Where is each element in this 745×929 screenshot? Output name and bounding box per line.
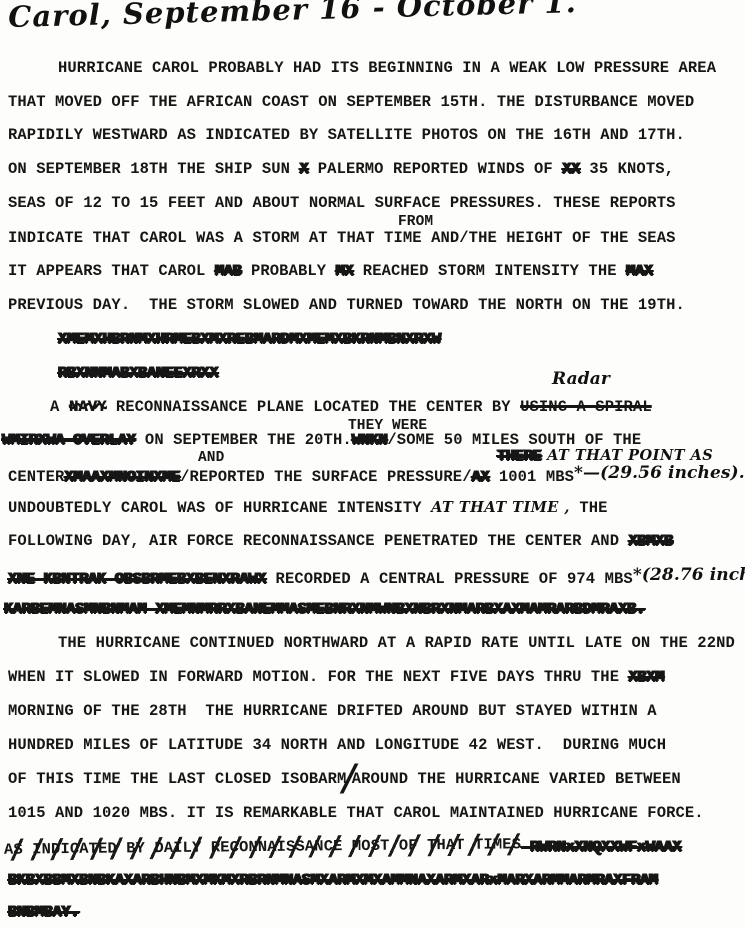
body-text: FOLLOWING DAY, AIR FORCE RECONNAISSANCE … — [8, 532, 629, 550]
body-text: WHEN IT SLOWED IN FORWARD MOTION. FOR TH… — [8, 668, 629, 686]
body-line: A NAVY RECONNAISSANCE PLANE LOCATED THE … — [50, 398, 652, 417]
body-line: THE HURRICANE CONTINUED NORTHWARD AT A R… — [58, 634, 735, 653]
body-text: RECONNAISSANCE PLANE LOCATED THE CENTER … — [106, 398, 520, 416]
handwritten-annotation-pressure2: *(28.76 inches). — [633, 565, 745, 585]
body-text: 1001 MBS — [489, 468, 574, 486]
handwritten-annotation-radar: Radar — [552, 370, 610, 389]
body-line: OF THIS TIME THE LAST CLOSED ISOBARM/ARO… — [8, 770, 681, 789]
overstruck-text: MX — [336, 262, 354, 280]
body-text: /REPORTED THE SURFACE PRESSURE/ — [180, 468, 471, 486]
body-text: A — [50, 398, 69, 416]
overstruck-text: MAB — [215, 262, 242, 280]
overstruck-line: RBXNNMABXBANEEXRXX — [58, 364, 218, 383]
body-line: THAT MOVED OFF THE AFRICAN COAST ON SEPT… — [8, 93, 694, 112]
body-line: RAPIDILY WESTWARD AS INDICATED BY SATELL… — [8, 126, 685, 145]
overstruck-text: AX — [472, 468, 490, 486]
body-text: CENTER — [8, 468, 64, 486]
body-text: 35 KNOTS, — [580, 160, 674, 178]
body-line: XNE KBNTRAK OBSBRMEBXBENXRAWX RECORDED A… — [8, 566, 745, 589]
overstruck-text: XX — [562, 160, 580, 178]
overstruck-text: WMIRXWA OVERLAY — [2, 431, 136, 449]
overstruck-text: XNE KBNTRAK OBSBRMEBXBENXRAWX — [8, 570, 266, 588]
body-line: UNDOUBTEDLY CAROL WAS OF HURRICANE INTEN… — [8, 498, 608, 518]
pen-slashed-text: AS INDICATED BY DAILY RECONNAISSANCE MOS… — [4, 833, 521, 860]
body-text: ON SEPTEMBER THE 20TH. — [136, 431, 352, 449]
body-text: ON SEPTEMBER 18TH THE SHIP SUN — [8, 160, 299, 178]
body-text: PALERMO REPORTED WINDS OF — [308, 160, 562, 178]
overstruck-line: KARBEMNASMNBNMAM XMEMNMRRXBANEMMASMEBNRX… — [4, 600, 645, 619]
body-line: MORNING OF THE 28TH THE HURRICANE DRIFTE… — [8, 702, 657, 721]
overstruck-text: THERE — [497, 447, 542, 465]
overstruck-text: XBMXB — [629, 532, 674, 550]
body-text: THE — [570, 499, 608, 517]
body-line: INDICATE THAT CAROL WAS A STORM AT THAT … — [8, 229, 676, 248]
body-line: CENTERXMAAXMNOINXME/REPORTED THE SURFACE… — [8, 464, 745, 487]
handwritten-annotation: AT THAT POINT AS — [542, 447, 714, 464]
body-text: RECORDED A CENTRAL PRESSURE OF 974 MBS — [266, 570, 633, 588]
overstruck-line: BNBMBAY. — [8, 903, 79, 922]
body-line: 1015 AND 1020 MBS. IT IS REMARKABLE THAT… — [8, 804, 704, 823]
overstruck-text: MAX — [626, 262, 653, 280]
overstruck-text: WNKN — [352, 431, 388, 449]
overstruck-text: RWRNxXNQXXWFxWAAX — [521, 838, 681, 856]
body-line: HUNDRED MILES OF LATITUDE 34 NORTH AND L… — [8, 736, 666, 755]
body-text: UNDOUBTEDLY CAROL WAS OF HURRICANE INTEN… — [8, 499, 431, 517]
body-line: IT APPEARS THAT CAROL MAB PROBABLY MX RE… — [8, 262, 653, 281]
overstruck-text: XBXM — [629, 668, 665, 686]
body-line: AS INDICATED BY DAILY RECONNAISSANCE MOS… — [4, 836, 681, 858]
body-line: ON SEPTEMBER 18TH THE SHIP SUN X PALERMO… — [8, 160, 674, 179]
handwritten-annotation-pressure1: *—(29.56 inches). — [574, 463, 745, 483]
overstruck-line: BKBXBBMXBNBKAXARBHNBMXMKMXRBRNMNASMXARMX… — [8, 871, 658, 890]
body-line: FOLLOWING DAY, AIR FORCE RECONNAISSANCE … — [8, 532, 673, 551]
body-text: AROUND THE HURRICANE VARIED BETWEEN — [352, 770, 681, 788]
overstruck-line: XMEMXHBRNMXHRMEBXMXREBMARDMXMEMXBKRNMBNX… — [58, 330, 441, 349]
body-text: REACHED STORM INTENSITY THE — [353, 262, 626, 280]
body-text: OF THIS TIME THE LAST CLOSED ISOBARM — [8, 770, 346, 788]
body-line: WHEN IT SLOWED IN FORWARD MOTION. FOR TH… — [8, 668, 664, 687]
handwritten-title: Carol, September 16 - October 1. — [8, 0, 577, 27]
document-page: Carol, September 16 - October 1. HURRICA… — [0, 0, 745, 929]
pen-struck-text: USING A SPIRAL — [520, 398, 652, 416]
body-line: SEAS OF 12 TO 15 FEET AND ABOUT NORMAL S… — [8, 194, 676, 213]
overstruck-text: XMAAXMNOINXME — [64, 468, 180, 486]
body-line: HURRICANE CAROL PROBABLY HAD ITS BEGINNI… — [58, 59, 716, 78]
body-text: PROBABLY — [242, 262, 336, 280]
body-line: PREVIOUS DAY. THE STORM SLOWED AND TURNE… — [8, 296, 685, 315]
body-text: IT APPEARS THAT CAROL — [8, 262, 215, 280]
pen-struck-text: NAVY — [69, 398, 107, 416]
handwritten-annotation: AT THAT TIME , — [431, 499, 570, 516]
